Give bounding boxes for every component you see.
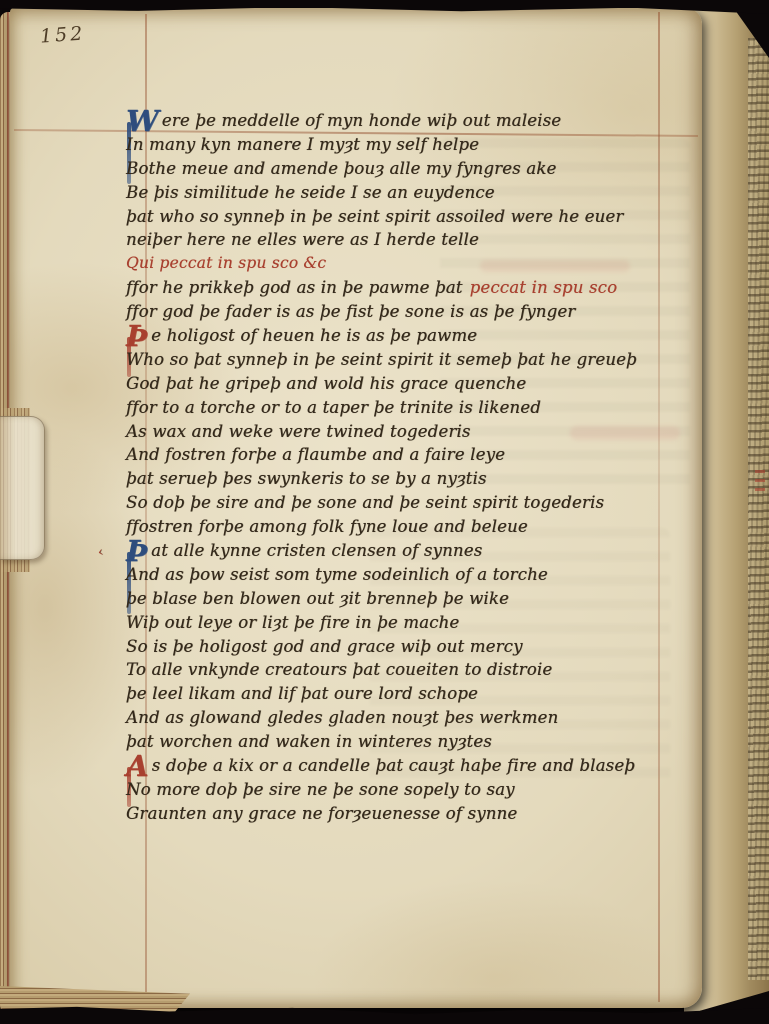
rubric-inline: peccat in spu sco	[470, 278, 618, 297]
line-text: Graunten any grace ne forȝeuenesse of sy…	[126, 804, 517, 823]
line-text: And fostren forþe a flaumbe and a faire …	[126, 445, 505, 464]
line-text: So is þe holigost god and grace wiþ out …	[126, 637, 523, 656]
line-text: In many kyn manere I myȝt my self helpe	[126, 135, 479, 154]
line-text: Qui peccat in spu sco &c	[126, 254, 326, 272]
line-text: þe blase ben blowen out ȝit brenneþ þe w…	[126, 589, 509, 608]
text-block: Were þe meddelle of myn honde wiþ out ma…	[126, 111, 674, 828]
manuscript-line: þat who so synneþ in þe seint spirit ass…	[126, 207, 674, 231]
illuminated-initial: A	[126, 757, 149, 775]
manuscript-line: ffor to a torche or to a taper þe trinit…	[126, 398, 674, 422]
line-text: ere þe meddelle of myn honde wiþ out mal…	[162, 111, 561, 130]
line-text: And as þow seist som tyme sodeinlich of …	[126, 565, 548, 584]
illuminated-initial: W	[126, 112, 159, 130]
manuscript-line: As wax and weke were twined togederis	[126, 422, 674, 446]
manuscript-line: ffostren forþe among folk fyne loue and …	[126, 517, 674, 541]
line-text: And as glowand gledes gladen nouȝt þes w…	[126, 708, 558, 727]
illuminated-initial: Þ	[126, 542, 148, 560]
manuscript-line: So is þe holigost god and grace wiþ out …	[126, 637, 674, 661]
line-text: þat who so synneþ in þe seint spirit ass…	[126, 207, 623, 226]
line-text: þe leel likam and lif þat oure lord scho…	[126, 684, 478, 703]
manuscript-line: Graunten any grace ne forȝeuenesse of sy…	[126, 804, 674, 828]
line-text: neiþer here ne elles were as I herde tel…	[126, 230, 479, 249]
line-text: Wiþ out leye or liȝt þe fire in þe mache	[126, 613, 459, 632]
manuscript-line: In many kyn manere I myȝt my self helpe	[126, 135, 674, 159]
line-text: To alle vnkynde creatours þat coueiten t…	[126, 660, 552, 679]
manuscript-line: To alle vnkynde creatours þat coueiten t…	[126, 660, 674, 684]
folio-number: 152	[39, 22, 86, 47]
margin-caret-mark: ‹	[96, 545, 104, 561]
manuscript-line: þat serueþ þes swynkeris to se by a nyȝt…	[126, 469, 674, 493]
line-text: God þat he gripeþ and wold his grace que…	[126, 374, 526, 393]
manuscript-line: Who so þat synneþ in þe seint spirit it …	[126, 350, 674, 374]
manuscript-line: So doþ þe sire and þe sone and þe seint …	[126, 493, 674, 517]
manuscript-page: 152 Were þe meddelle of myn honde wiþ ou…	[10, 8, 702, 1008]
line-text: ffor to a torche or to a taper þe trinit…	[126, 398, 541, 417]
manuscript-line: And as þow seist som tyme sodeinlich of …	[126, 565, 674, 589]
manuscript-line: God þat he gripeþ and wold his grace que…	[126, 374, 674, 398]
manuscript-line: As doþe a kix or a candelle þat cauȝt ha…	[126, 756, 674, 780]
line-text: þat worchen and waken in winteres nyȝtes	[126, 732, 492, 751]
line-text: So doþ þe sire and þe sone and þe seint …	[126, 493, 604, 512]
parchment-index-tab	[0, 416, 45, 560]
line-text: ffor god þe fader is as þe fist þe sone …	[126, 302, 575, 321]
manuscript-line: þe leel likam and lif þat oure lord scho…	[126, 684, 674, 708]
line-text: ffostren forþe among folk fyne loue and …	[126, 517, 528, 536]
line-text: ffor he prikkeþ god as in þe pawme þat	[126, 278, 463, 297]
manuscript-line: No more doþ þe sire ne þe sone sopely to…	[126, 780, 674, 804]
manuscript-line: ‹Þat alle kynne cristen clensen of synne…	[126, 541, 674, 565]
manuscript-line: Bothe meue and amende þouȝ alle my fyngr…	[126, 159, 674, 183]
manuscript-line: þat worchen and waken in winteres nyȝtes	[126, 732, 674, 756]
manuscript-line: Were þe meddelle of myn honde wiþ out ma…	[126, 111, 674, 135]
manuscript-line: þe blase ben blowen out ȝit brenneþ þe w…	[126, 589, 674, 613]
line-text: at alle kynne cristen clensen of synnes	[151, 541, 482, 560]
illuminated-initial: Þ	[126, 327, 148, 345]
manuscript-line: ffor god þe fader is as þe fist þe sone …	[126, 302, 674, 326]
line-text: Bothe meue and amende þouȝ alle my fyngr…	[126, 159, 556, 178]
line-text: e holigost of heuen he is as þe pawme	[151, 326, 477, 345]
manuscript-photo: 152 Were þe meddelle of myn honde wiþ ou…	[0, 0, 769, 1024]
manuscript-line: And fostren forþe a flaumbe and a faire …	[126, 445, 674, 469]
next-folio-text-edge	[748, 38, 769, 980]
manuscript-line: neiþer here ne elles were as I herde tel…	[126, 230, 674, 254]
line-text: As wax and weke were twined togederis	[126, 422, 471, 441]
manuscript-line: Wiþ out leye or liȝt þe fire in þe mache	[126, 613, 674, 637]
line-text: Be þis similitude he seide I se an euyde…	[126, 183, 495, 202]
manuscript-line: And as glowand gledes gladen nouȝt þes w…	[126, 708, 674, 732]
rubric-line: Qui peccat in spu sco &c	[126, 254, 674, 278]
line-text: þat serueþ þes swynkeris to se by a nyȝt…	[126, 469, 487, 488]
manuscript-line: Be þis similitude he seide I se an euyde…	[126, 183, 674, 207]
line-text: No more doþ þe sire ne þe sone sopely to…	[126, 780, 515, 799]
line-text: Who so þat synneþ in þe seint spirit it …	[126, 350, 637, 369]
manuscript-line: Þe holigost of heuen he is as þe pawme	[126, 326, 674, 350]
next-folio-rubric-glimpse	[755, 470, 765, 496]
line-text: s doþe a kix or a candelle þat cauȝt haþ…	[152, 756, 635, 775]
manuscript-line: ffor he prikkeþ god as in þe pawme þatpe…	[126, 278, 674, 302]
